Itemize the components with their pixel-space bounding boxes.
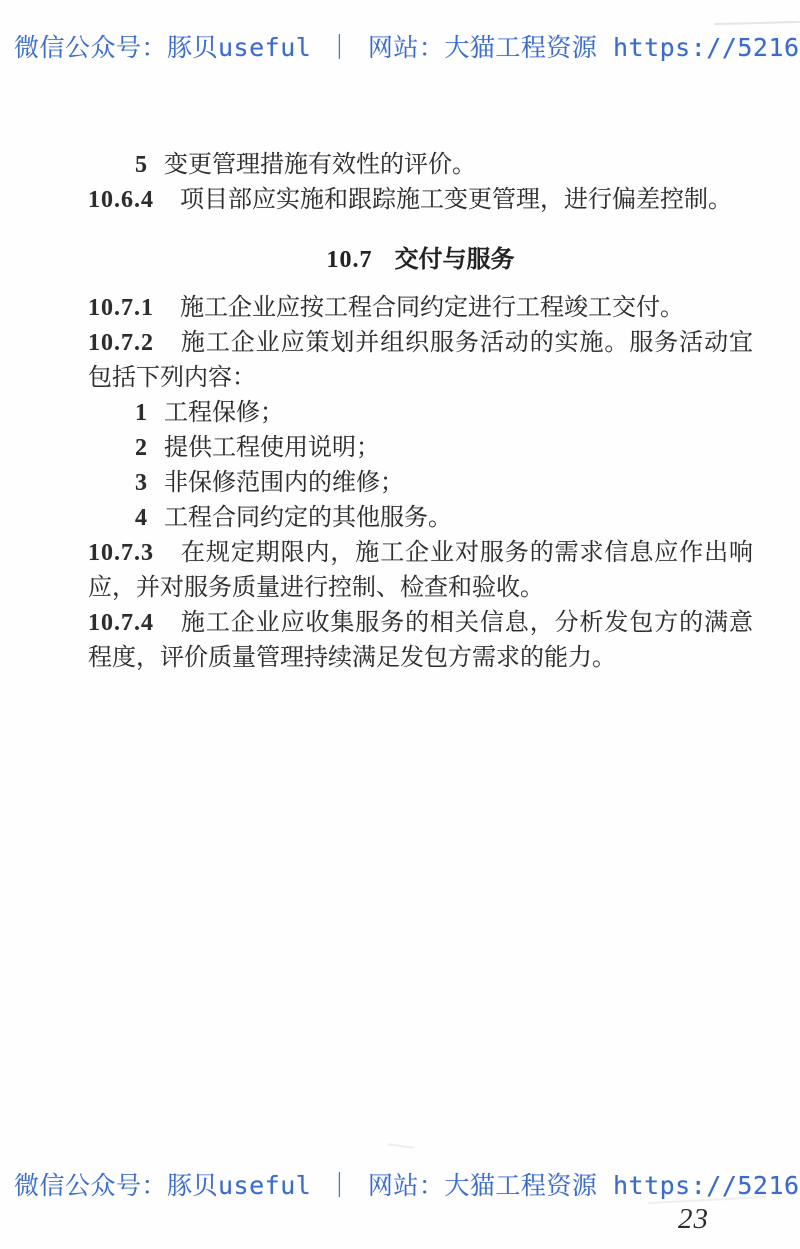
- heading-number: 10.7: [327, 247, 395, 273]
- section-heading-10-7: 10.7交付与服务: [88, 242, 753, 278]
- numbered-item-3: 3非保修范围内的维修；: [135, 466, 753, 501]
- item-text: 工程保修；: [164, 400, 284, 426]
- watermark-banner-bottom: 微信公众号：豚贝useful ｜ 网站：大猫工程资源 https://52168…: [14, 1166, 794, 1202]
- watermark-banner-top: 微信公众号：豚贝useful ｜ 网站：大猫工程资源 https://52168…: [14, 28, 794, 64]
- clause-text: 施工企业应收集服务的相关信息，分析发包方的满意程度，评价质量管理持续满足发包方需…: [88, 610, 753, 671]
- clause-text: 在规定期限内，施工企业对服务的需求信息应作出响应，并对服务质量进行控制、检查和验…: [88, 540, 753, 601]
- item-number: 4: [135, 505, 164, 531]
- clause-number: 10.7.1: [88, 295, 180, 321]
- item-number: 1: [135, 400, 164, 426]
- clause-text: 施工企业应策划并组织服务活动的实施。服务活动宜包括下列内容：: [88, 330, 753, 391]
- clause-10-7-2: 10.7.2施工企业应策划并组织服务活动的实施。服务活动宜包括下列内容：: [88, 326, 753, 396]
- clause-10-7-4: 10.7.4施工企业应收集服务的相关信息，分析发包方的满意程度，评价质量管理持续…: [88, 606, 753, 676]
- clause-10-7-3: 10.7.3在规定期限内，施工企业对服务的需求信息应作出响应，并对服务质量进行控…: [88, 536, 753, 606]
- item-number: 3: [135, 470, 164, 496]
- clause-10-7-1: 10.7.1施工企业应按工程合同约定进行工程竣工交付。: [88, 291, 753, 326]
- clause-number: 10.7.4: [88, 610, 180, 636]
- numbered-item-2: 2提供工程使用说明；: [135, 431, 753, 466]
- clause-number: 10.7.2: [88, 330, 180, 356]
- clause-text: 施工企业应按工程合同约定进行工程竣工交付。: [180, 295, 684, 321]
- item-number: 2: [135, 435, 164, 461]
- heading-title: 交付与服务: [395, 246, 515, 273]
- clause-number: 10.7.3: [88, 540, 180, 566]
- numbered-item-1: 1工程保修；: [135, 396, 753, 431]
- item-text: 工程合同约定的其他服务。: [164, 505, 452, 531]
- scan-artifact-smudge: [388, 1143, 414, 1149]
- item-text: 非保修范围内的维修；: [164, 470, 404, 496]
- item-number: 5: [135, 152, 164, 178]
- clause-number: 10.6.4: [88, 187, 180, 213]
- item-text: 提供工程使用说明；: [164, 435, 380, 461]
- numbered-item-4: 4工程合同约定的其他服务。: [135, 501, 753, 536]
- clause-text: 项目部应实施和跟踪施工变更管理，进行偏差控制。: [180, 187, 732, 213]
- page-number: 23: [678, 1203, 709, 1236]
- document-content: 5变更管理措施有效性的评价。 10.6.4项目部应实施和跟踪施工变更管理，进行偏…: [88, 148, 753, 676]
- document-page: 微信公众号：豚贝useful ｜ 网站：大猫工程资源 https://52168…: [0, 0, 800, 1249]
- item-text: 变更管理措施有效性的评价。: [164, 152, 476, 178]
- scan-artifact-line: [714, 21, 800, 25]
- clause-10-6-4: 10.6.4项目部应实施和跟踪施工变更管理，进行偏差控制。: [88, 183, 753, 218]
- numbered-item-5: 5变更管理措施有效性的评价。: [135, 148, 753, 183]
